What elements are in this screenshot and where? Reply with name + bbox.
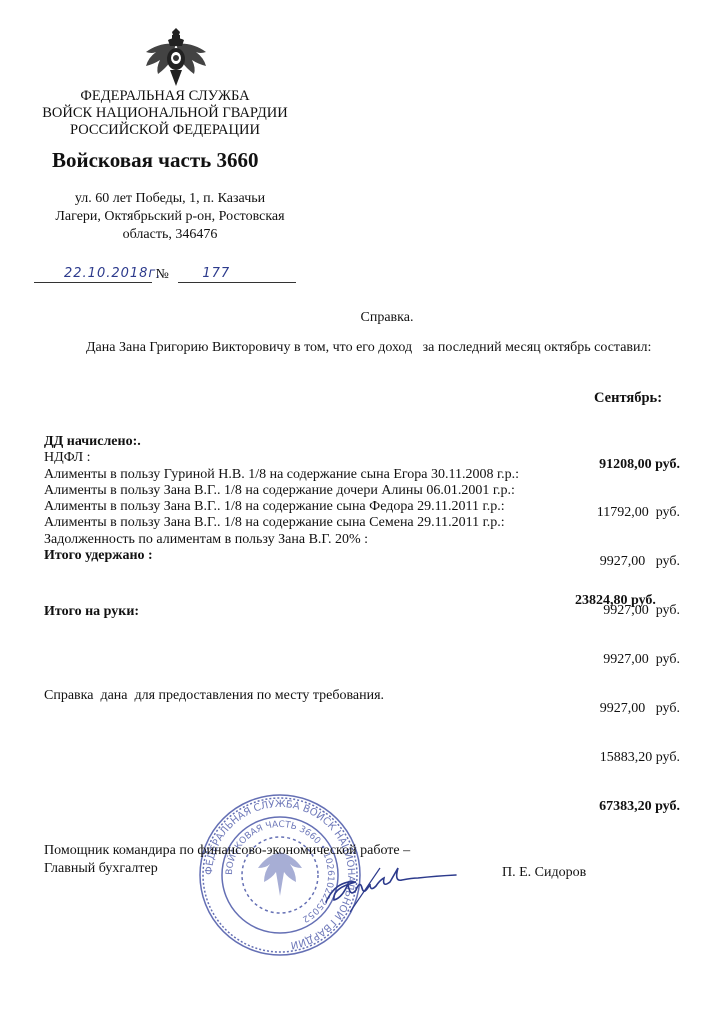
- address-line-1: ул. 60 лет Победы, 1, п. Казачьи: [30, 190, 310, 208]
- row-value-accrued: 91208,00 руб.: [560, 457, 680, 473]
- row-label-alimony-2: Алименты в пользу Зана В.Г.. 1/8 на соде…: [44, 483, 519, 499]
- row-label-total-withheld: Итого удержано :: [44, 548, 519, 564]
- address-line-2: Лагери, Октябрьский р-он, Ростовская: [30, 208, 310, 226]
- row-value-alimony-3: 9927,00 руб.: [560, 652, 680, 668]
- row-value-total-withheld: 67383,20 руб.: [560, 799, 680, 815]
- document-title: Справка.: [0, 310, 724, 326]
- intro-paragraph: Дана Зана Григорию Викторовичу в том, чт…: [86, 340, 651, 356]
- signature-icon: [320, 862, 470, 917]
- row-label-ndfl: НДФЛ :: [44, 450, 519, 466]
- org-line-3: РОССИЙСКОЙ ФЕДЕРАЦИИ: [30, 122, 300, 139]
- handwritten-number: 177: [202, 266, 230, 281]
- row-label-alimony-1: Алименты в пользу Гуриной Н.В. 1/8 на со…: [44, 467, 519, 483]
- row-label-alimony-debt: Задолженность по алиментам в пользу Зана…: [44, 532, 519, 548]
- row-label-alimony-3: Алименты в пользу Зана В.Г.. 1/8 на соде…: [44, 499, 519, 515]
- deductions-labels: ДД начислено:. НДФЛ : Алименты в пользу …: [44, 434, 519, 564]
- net-pay-label: Итого на руки:: [44, 604, 139, 620]
- org-line-1: ФЕДЕРАЛЬНАЯ СЛУЖБА: [30, 88, 300, 105]
- row-value-alimony-4: 9927,00 руб.: [560, 701, 680, 717]
- eagle-emblem-icon: [137, 26, 215, 88]
- handwritten-date: 22.10.2018г.: [64, 266, 161, 281]
- org-line-2: ВОЙСК НАЦИОНАЛЬНОЙ ГВАРДИИ: [30, 105, 300, 122]
- unit-title: Войсковая часть 3660: [52, 148, 259, 173]
- date-field: 22.10.2018г.: [34, 262, 152, 283]
- month-header: Сентябрь:: [594, 390, 662, 407]
- row-value-alimony-debt: 15883,20 руб.: [560, 750, 680, 766]
- address-line-3: область, 346476: [30, 226, 310, 244]
- position-line-1: Помощник командира по финансово-экономич…: [44, 842, 410, 860]
- row-value-alimony-1: 9927,00 руб.: [560, 554, 680, 570]
- organization-name: ФЕДЕРАЛЬНАЯ СЛУЖБА ВОЙСК НАЦИОНАЛЬНОЙ ГВ…: [30, 88, 300, 139]
- deductions-values: 91208,00 руб. 11792,00 руб. 9927,00 руб.…: [560, 424, 680, 831]
- number-field: 177: [178, 262, 296, 283]
- signatory-name: П. Е. Сидоров: [502, 865, 586, 881]
- row-label-accrued: ДД начислено:.: [44, 434, 519, 450]
- unit-address: ул. 60 лет Победы, 1, п. Казачьи Лагери,…: [30, 190, 310, 244]
- date-number-line: 22.10.2018г. № 177: [34, 262, 296, 283]
- row-value-ndfl: 11792,00 руб.: [560, 505, 680, 521]
- net-pay-value: 23824,80 руб.: [575, 593, 656, 609]
- row-label-alimony-4: Алименты в пользу Зана В.Г.. 1/8 на соде…: [44, 515, 519, 531]
- purpose-note: Справка дана для предоставления по месту…: [44, 688, 384, 704]
